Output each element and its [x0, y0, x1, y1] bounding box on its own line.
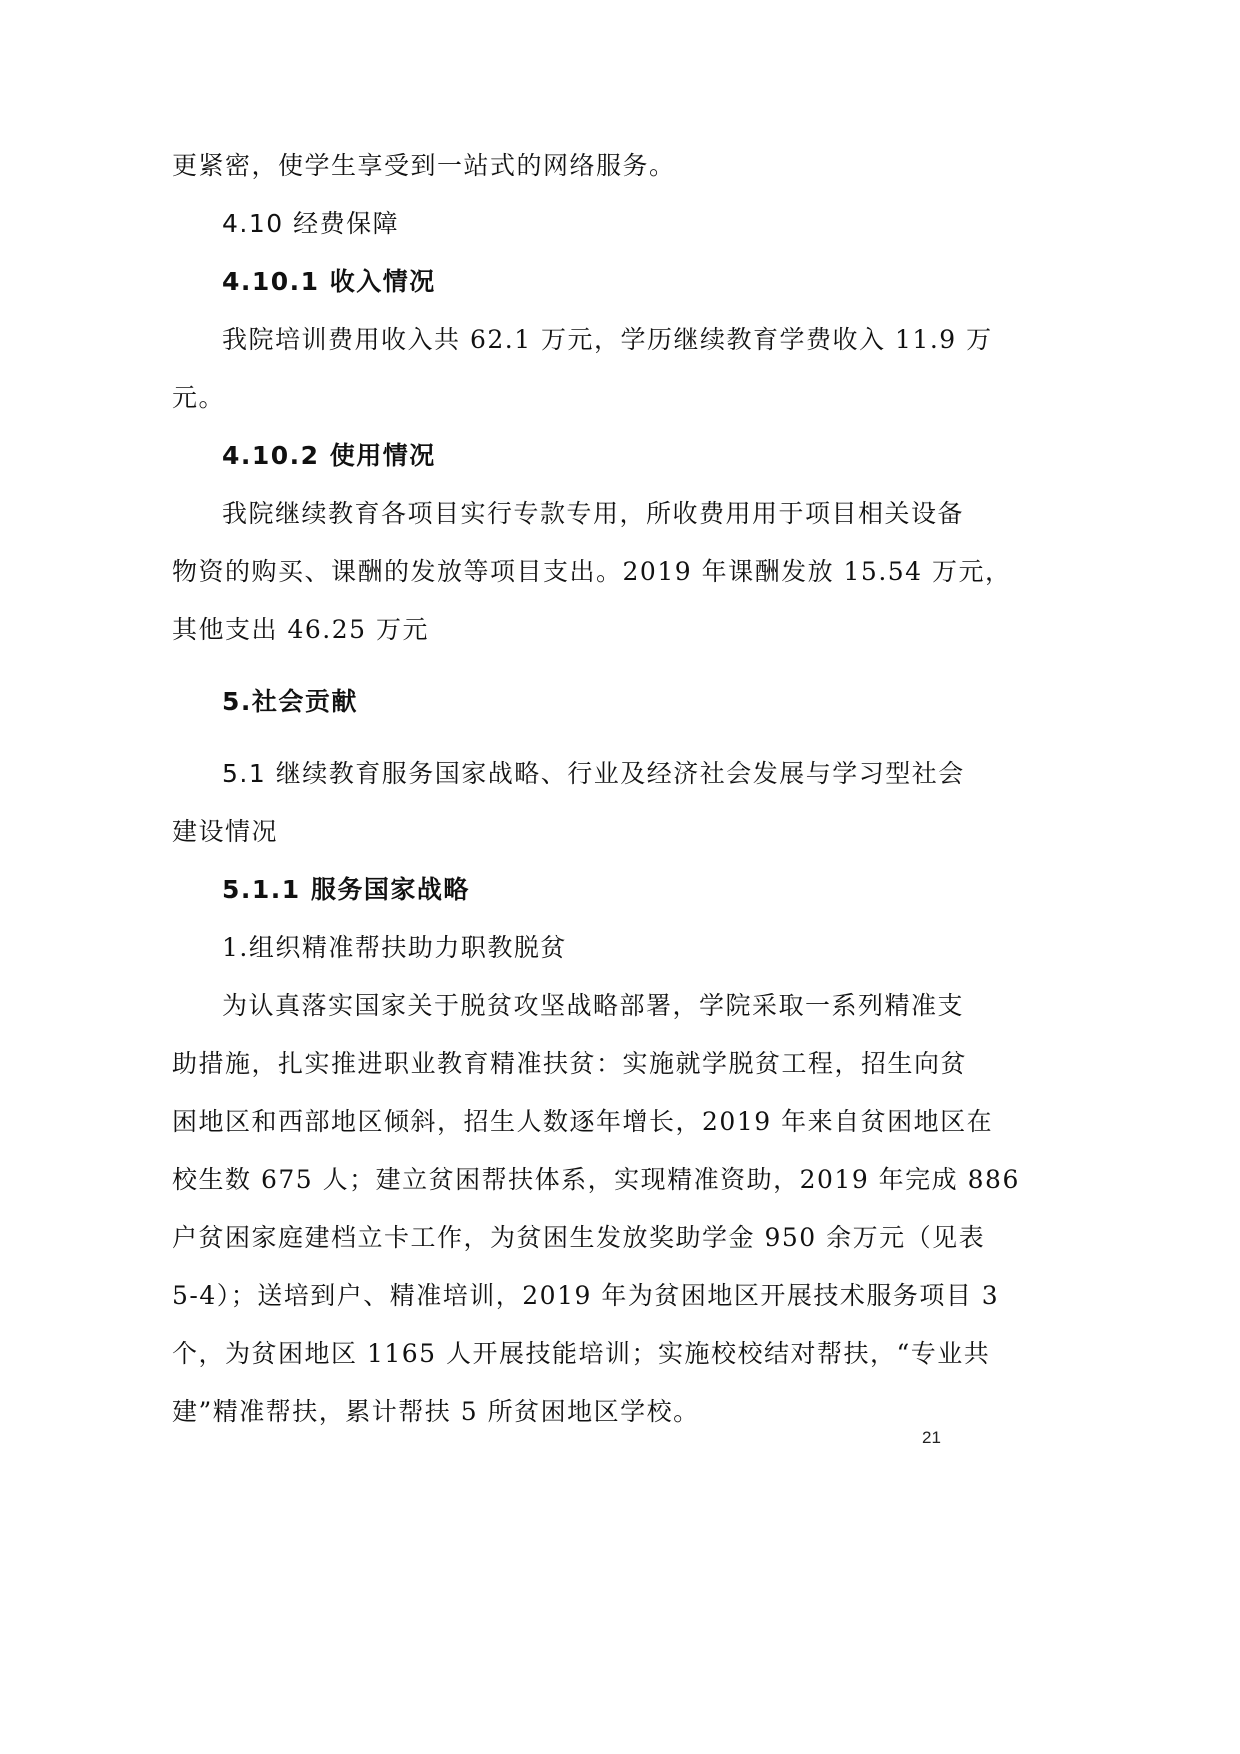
section-heading-5-1-cont: 建设情况 [172, 816, 942, 848]
paragraph-line: 校生数 675 人；建立贫困帮扶体系，实现精准资助，2019 年完成 886 [172, 1164, 942, 1196]
section-heading-4-10-1: 4.10.1 收入情况 [222, 266, 942, 298]
paragraph-line: 为认真落实国家关于脱贫攻坚战略部署，学院采取一系列精准支 [222, 990, 942, 1022]
paragraph-line: 物资的购买、课酬的发放等项目支出。2019 年课酬发放 15.54 万元， [172, 556, 942, 588]
paragraph-line: 个，为贫困地区 1165 人开展技能培训；实施校校结对帮扶，“专业共 [172, 1338, 942, 1370]
paragraph-line: 户贫困家庭建档立卡工作，为贫困生发放奖助学金 950 余万元（见表 [172, 1222, 942, 1254]
paragraph-line: 其他支出 46.25 万元 [172, 614, 942, 646]
paragraph-line: 5-4）；送培到户、精准培训，2019 年为贫困地区开展技术服务项目 3 [172, 1280, 942, 1312]
paragraph-line: 更紧密，使学生享受到一站式的网络服务。 [172, 150, 942, 182]
paragraph-line: 我院培训费用收入共 62.1 万元，学历继续教育学费收入 11.9 万 [222, 324, 942, 356]
section-heading-4-10: 4.10 经费保障 [222, 208, 942, 240]
document-page: 更紧密，使学生享受到一站式的网络服务。 4.10 经费保障 4.10.1 收入情… [0, 0, 1240, 1754]
section-heading-4-10-2: 4.10.2 使用情况 [222, 440, 942, 472]
paragraph-line: 元。 [172, 382, 942, 414]
paragraph-line: 助措施，扎实推进职业教育精准扶贫：实施就学脱贫工程，招生向贫 [172, 1048, 942, 1080]
list-item-heading: 1.组织精准帮扶助力职教脱贫 [222, 932, 942, 964]
section-heading-5-1: 5.1 继续教育服务国家战略、行业及经济社会发展与学习型社会 [222, 758, 942, 790]
section-heading-5-1-1: 5.1.1 服务国家战略 [222, 874, 942, 906]
page-number: 21 [922, 1428, 941, 1448]
paragraph-line: 困地区和西部地区倾斜，招生人数逐年增长，2019 年来自贫困地区在 [172, 1106, 942, 1138]
paragraph-line: 我院继续教育各项目实行专款专用，所收费用用于项目相关设备 [222, 498, 942, 530]
paragraph-line: 建”精准帮扶，累计帮扶 5 所贫困地区学校。 [172, 1396, 942, 1428]
section-heading-5: 5.社会贡献 [222, 686, 942, 718]
